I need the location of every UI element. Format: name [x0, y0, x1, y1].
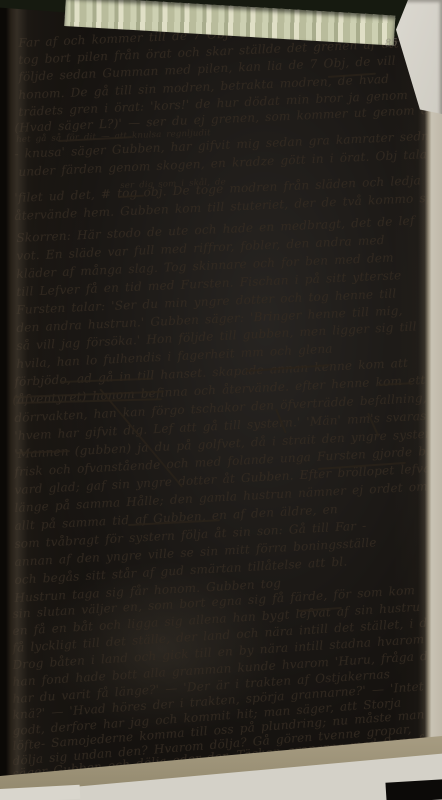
page-crease	[418, 24, 442, 774]
folio-number: 85	[385, 38, 398, 50]
book-spine-edge	[0, 0, 28, 800]
bottom-right-cover-corner	[385, 779, 442, 800]
manuscript-scan: Far af och kommer till de 7 Obj. Gumman …	[0, 0, 442, 800]
